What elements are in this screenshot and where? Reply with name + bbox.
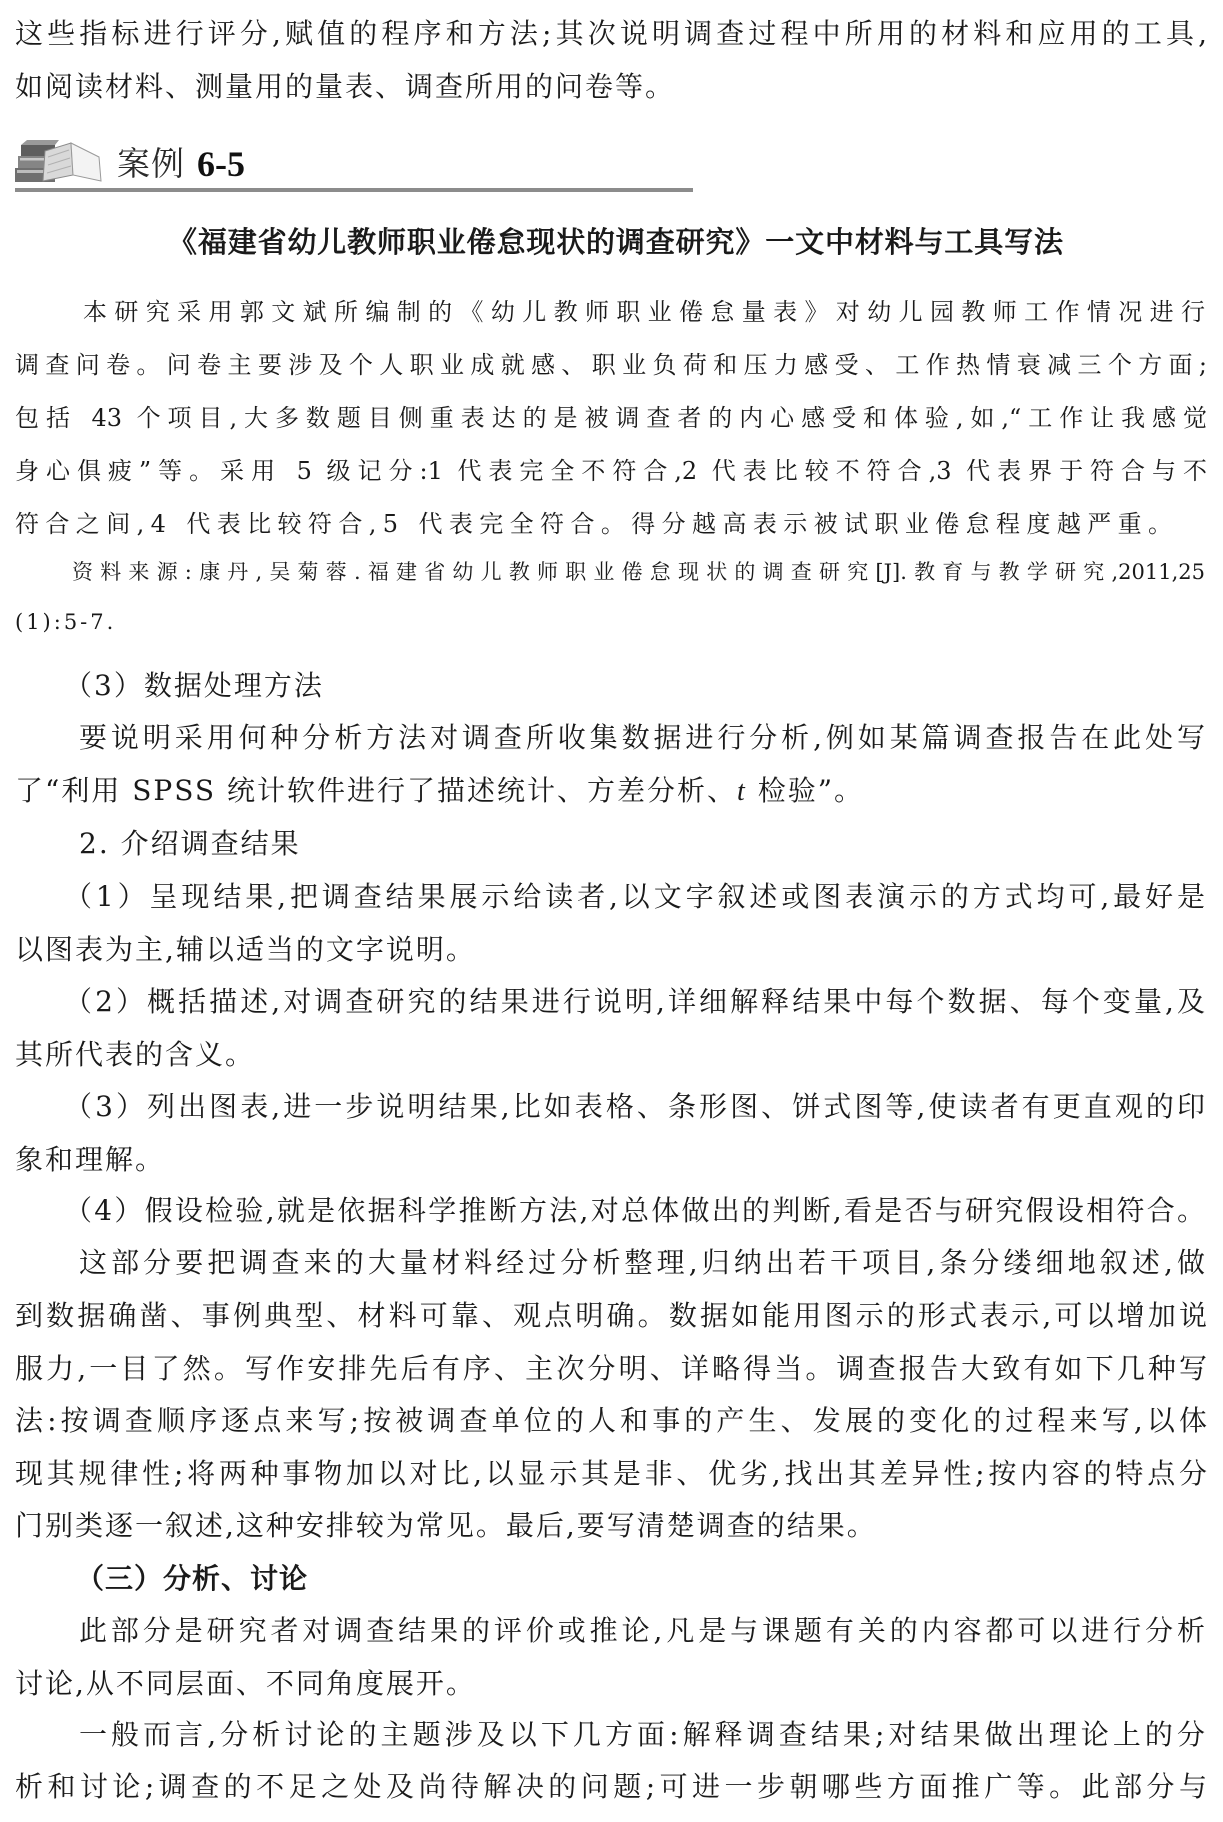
case-header-rule xyxy=(15,188,693,192)
case-source-line: (1):5-7. xyxy=(15,602,1207,642)
summary-line: 现其规律性;将两种事物加以对比,以显示其是非、优劣,找出其差异性;按内容的特点分 xyxy=(15,1454,1207,1494)
case-title: 《福建省幼儿教师职业倦怠现状的调查研究》一文中材料与工具写法 xyxy=(168,222,1063,262)
results-item-line: （3）列出图表,进一步说明结果,比如表格、条形图、饼式图等,使读者有更直观的印 xyxy=(64,1087,1205,1127)
results-item-line: 以图表为主,辅以适当的文字说明。 xyxy=(15,930,1207,970)
body-line: 要说明采用何种分析方法对调查所收集数据进行分析,例如某篇调查报告在此处写 xyxy=(79,718,1205,758)
books-icon xyxy=(15,137,103,183)
discussion-line: 此部分是研究者对调查结果的评价或推论,凡是与课题有关的内容都可以进行分析 xyxy=(79,1611,1205,1651)
case-body-line: 包括 43 个项目,大多数题目侧重表达的是被调查者的内心感受和体验,如,“工作让… xyxy=(15,398,1207,438)
summary-line: 到数据确凿、事例典型、材料可靠、观点明确。数据如能用图示的形式表示,可以增加说 xyxy=(15,1296,1207,1336)
summary-line: 这部分要把调查来的大量材料经过分析整理,归纳出若干项目,条分缕细地叙述,做 xyxy=(79,1243,1205,1283)
spss-line: 了“利用 SPSS 统计软件进行了描述统计、方差分析、t 检验”。 xyxy=(15,771,1207,811)
intro-line: 如阅读材料、测量用的量表、调查所用的问卷等。 xyxy=(15,67,1207,107)
subsection-title: （3）数据处理方法 xyxy=(64,666,324,706)
case-body-line: 身心俱疲”等。采用 5 级记分:1 代表完全不符合,2 代表比较不符合,3 代表… xyxy=(15,451,1207,491)
case-source-line: 资料来源:康丹,吴菊蓉.福建省幼儿教师职业倦怠现状的调查研究[J].教育与教学研… xyxy=(72,552,1205,592)
section-title: 2. 介绍调查结果 xyxy=(79,824,301,864)
results-item-line: （4）假设检验,就是依据科学推断方法,对总体做出的判断,看是否与研究假设相符合。 xyxy=(64,1191,1205,1231)
case-body-line: 本研究采用郭文斌所编制的《幼儿教师职业倦怠量表》对幼儿园教师工作情况进行 xyxy=(83,292,1205,332)
results-item-line: 其所代表的含义。 xyxy=(15,1035,1207,1075)
discussion-line: 一般而言,分析讨论的主题涉及以下几方面:解释调查结果;对结果做出理论上的分 xyxy=(79,1715,1205,1755)
section-title: （三）分析、讨论 xyxy=(76,1559,308,1599)
results-item-line: （1）呈现结果,把调查结果展示给读者,以文字叙述或图表演示的方式均可,最好是 xyxy=(64,877,1205,917)
summary-line: 门别类逐一叙述,这种安排较为常见。最后,要写清楚调查的结果。 xyxy=(15,1506,1207,1546)
discussion-line: 讨论,从不同层面、不同角度展开。 xyxy=(15,1664,1207,1704)
spss-line-post: 检验”。 xyxy=(747,774,864,807)
case-body-line: 符合之间,4 代表比较符合,5 代表完全符合。得分越高表示被试职业倦怠程度越严重… xyxy=(15,504,1207,544)
results-item-line: （2）概括描述,对调查研究的结果进行说明,详细解释结果中每个数据、每个变量,及 xyxy=(64,982,1205,1022)
case-label: 案例 xyxy=(117,144,185,184)
intro-line: 这些指标进行评分,赋值的程序和方法;其次说明调查过程中所用的材料和应用的工具, xyxy=(15,14,1207,54)
discussion-line: 析和讨论;调查的不足之处及尚待解决的问题;可进一步朝哪些方面推广等。此部分与 xyxy=(15,1767,1207,1807)
summary-line: 服力,一目了然。写作安排先后有序、主次分明、详略得当。调查报告大致有如下几种写 xyxy=(15,1349,1207,1389)
summary-line: 法:按调查顺序逐点来写;按被调查单位的人和事的产生、发展的变化的过程来写,以体 xyxy=(15,1401,1207,1441)
spss-line-pre: 了“利用 SPSS 统计软件进行了描述统计、方差分析、 xyxy=(15,774,737,807)
case-number: 6-5 xyxy=(197,144,245,184)
case-body-line: 调查问卷。问卷主要涉及个人职业成就感、职业负荷和压力感受、工作热情衰减三个方面; xyxy=(15,345,1207,385)
t-variable: t xyxy=(737,776,747,807)
results-item-line: 象和理解。 xyxy=(15,1140,1207,1180)
